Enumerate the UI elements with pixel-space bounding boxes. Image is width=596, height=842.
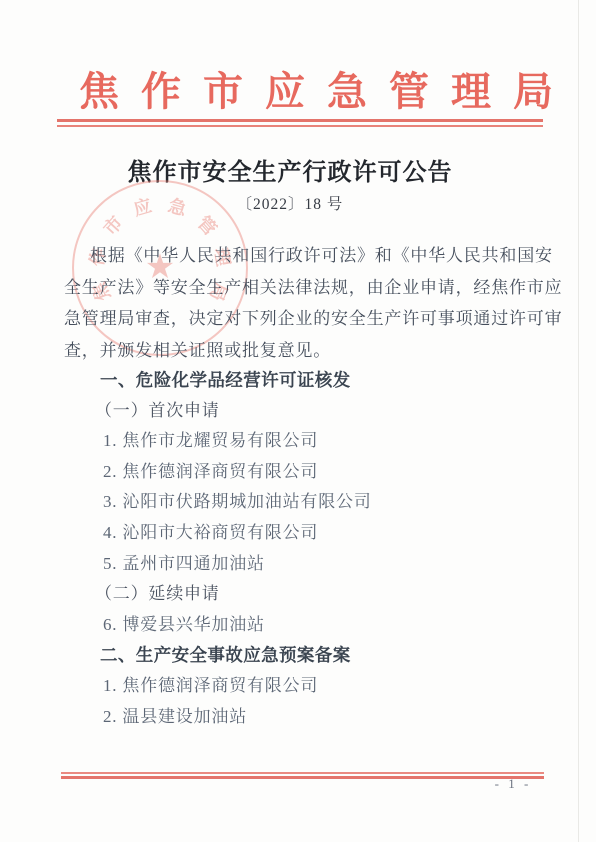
footer-rule-thick — [61, 776, 544, 780]
intro-paragraph: 根据《中华人民共和国行政许可法》和《中华人民共和国安 全生产法》等安全生产相关法… — [64, 240, 540, 366]
document-number: 〔2022〕18 号 — [0, 192, 580, 214]
subsection-heading: （二）延续申请 — [0, 579, 596, 610]
list-item: 2. 焦作德润泽商贸有限公司 — [0, 457, 596, 488]
list-item: 6. 博爱县兴华加油站 — [0, 610, 596, 641]
intro-line: 全生产法》等安全生产相关法律法规，由企业申请，经焦作市应 — [64, 272, 540, 304]
list-item: 3. 沁阳市伏路期城加油站有限公司 — [0, 487, 596, 518]
subsection-heading: （一）首次申请 — [0, 396, 596, 427]
intro-line: 查，并颁发相关证照或批复意见。 — [64, 335, 540, 367]
seal-character: 管 — [192, 210, 223, 241]
intro-line: 急管理局审查，决定对下列企业的安全生产许可事项通过许可审 — [64, 303, 540, 335]
list-item: 2. 温县建设加油站 — [0, 702, 596, 733]
page-number: - 1 - — [488, 776, 538, 792]
letterhead-agency-name: 焦作市应急管理局 — [57, 60, 543, 117]
document-title: 焦作市安全生产行政许可公告 — [0, 152, 580, 187]
list-item: 5. 孟州市四通加油站 — [0, 549, 596, 580]
list-item: 1. 焦作德润泽商贸有限公司 — [0, 671, 596, 702]
seal-character: 市 — [97, 210, 128, 241]
list-item: 1. 焦作市龙耀贸易有限公司 — [0, 426, 596, 457]
licensing-list: 一、危险化学品经营许可证核发 （一）首次申请 1. 焦作市龙耀贸易有限公司 2.… — [0, 365, 596, 732]
footer-rule-thin — [61, 772, 544, 774]
intro-line: 根据《中华人民共和国行政许可法》和《中华人民共和国安 — [64, 240, 540, 272]
section-heading: 二、生产安全事故应急预案备案 — [0, 640, 596, 671]
letterhead-rule-thin — [57, 125, 543, 127]
letterhead-rule-thick — [57, 119, 543, 122]
list-item: 4. 沁阳市大裕商贸有限公司 — [0, 518, 596, 549]
document-page: 焦作市应急管理局 焦 作 市 应 急 管 理 局 ★ 焦作市安全生产行政许可公告… — [0, 0, 596, 842]
section-heading: 一、危险化学品经营许可证核发 — [0, 365, 596, 396]
